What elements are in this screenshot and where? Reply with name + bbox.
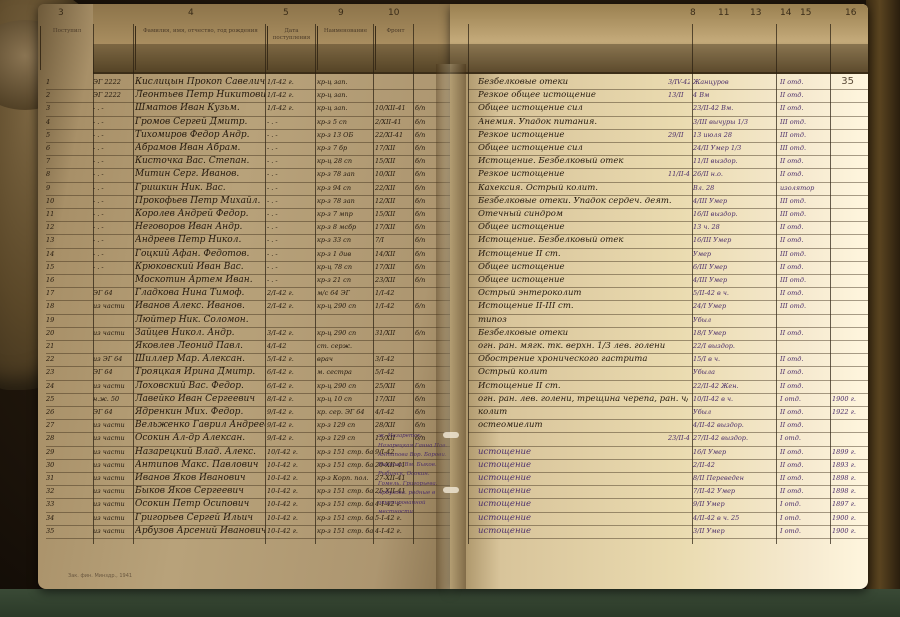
row-d2: 7/I [375, 234, 413, 247]
row-n: 25 [46, 393, 91, 406]
table-row: 26ЭГ 64Ядренкин Мих. Федор.9/I-42 г.кр. … [38, 406, 450, 419]
table-row: 3- . -Шматов Иван Кузьм.1/I-42 г.кр-ц за… [38, 102, 450, 115]
row-name: Зайцев Никол. Андр. [135, 327, 265, 340]
row-n: 12 [46, 221, 91, 234]
row-d2: 10/XII [375, 168, 413, 181]
row-date: 2/I-42 г. [267, 287, 315, 300]
row-rank: кр-з 78 зап [317, 195, 373, 208]
table-row: 23/II-4227/II-42 выздор.I отд. [450, 432, 868, 445]
row-dept: III отд. [780, 274, 830, 287]
table-row: Истощение II-III ст.24/I УмерIII отд. [450, 300, 868, 313]
row-rank: кр-з 1 див [317, 248, 373, 261]
row-d2: 23/XII [375, 274, 413, 287]
row-name: Кисточка Вас. Степан. [135, 155, 265, 168]
row-n: 8 [46, 168, 91, 181]
row-n: 13 [46, 234, 91, 247]
table-row: истощение3/II УмерI отд.1900 г. [450, 525, 868, 538]
table-row: Истощение II ст.УмерIII отд. [450, 248, 868, 261]
row-outcome: 22/I выздор. [693, 340, 778, 353]
row-outcome: 16/II выздор. [693, 208, 778, 221]
table-row: остеомиелит4/II-42 выздор.II отд. [450, 419, 868, 432]
row-date: - . - [267, 195, 315, 208]
table-row: 21Яковлев Леонид Павл.4/I-42ст. серж. [38, 340, 450, 353]
table-row: Безбелковые отеки3/IV-42ЖанцуровII отд. [450, 76, 868, 89]
row-dept: изолятор [780, 182, 830, 195]
row-outcome: Умер [693, 248, 778, 261]
row-from: из части [93, 459, 133, 472]
row-dept: III отд. [780, 142, 830, 155]
row-diag: Истощение. Безбелковый отек [478, 234, 688, 247]
row-from: - . - [93, 221, 133, 234]
row-outcome: 11/II выздор. [693, 155, 778, 168]
row-from: - . - [93, 182, 133, 195]
row-dept: I отд. [780, 525, 830, 538]
row-dept: II отд. [780, 459, 830, 472]
row-outcome: 23/II-42 Вм. [693, 102, 778, 115]
table-row: истощение16/I УмерII отд.1899 г. [450, 446, 868, 459]
row-from: из части [93, 432, 133, 445]
row-n: 35 [46, 525, 91, 538]
row-outcome: 16/III Умер [693, 234, 778, 247]
row-name: Осокин Петр Осипович [135, 498, 265, 511]
row-outcome: 13 июля 28 [693, 129, 778, 142]
row-dept: II отд. [780, 485, 830, 498]
row-d2: 17/XII [375, 142, 413, 155]
left-page: Зак. фин. Минздр., 1941 ПоступилФамилия,… [38, 4, 450, 589]
table-row: 1ЭГ 2222Кислицын Прокоп Савелич1/I-42 г.… [38, 76, 450, 89]
row-n: 29 [46, 446, 91, 459]
table-row: 8- . -Митин Серг. Иванов.- . -кр-з 78 за… [38, 168, 450, 181]
row-d2: 22/XI-41 [375, 129, 413, 142]
row-date: 9/I-42 г. [267, 432, 315, 445]
row-dept: II отд. [780, 234, 830, 247]
table-row: истощение4/II-42 в ч. 25I отд.1900 г. [450, 512, 868, 525]
table-row: 17ЭГ 64Гладкова Нина Тимоф.2/I-42 г.м/с … [38, 287, 450, 300]
row-year: 1899 г. [832, 446, 868, 459]
row-n: 16 [46, 274, 91, 287]
row-outcome: 9/II Умер [693, 498, 778, 511]
row-outcome: 18/I Умер [693, 327, 778, 340]
row-n: 22 [46, 353, 91, 366]
table-row: 6- . -Абрамов Иван Абрам.- . -кр-з 7 бр1… [38, 142, 450, 155]
row-n: 1 [46, 76, 91, 89]
row-dept: II отд. [780, 380, 830, 393]
column-number: 16 [845, 8, 856, 18]
row-from: - . - [93, 155, 133, 168]
row-diag: Истощение. Безбелковый отек [478, 155, 688, 168]
table-row: 20из частиЗайцев Никол. Андр.3/I-42 г.кр… [38, 327, 450, 340]
row-year: 1897 г. [832, 498, 868, 511]
table-row: истощение2/II-42II отд.1893 г. [450, 459, 868, 472]
row-outcome: 4/III Умер [693, 274, 778, 287]
table-row: 11- . -Королев Андрей Федор.- . -кр-з 7 … [38, 208, 450, 221]
row-n: 7 [46, 155, 91, 168]
row-dept: I отд. [780, 512, 830, 525]
row-dept: II отд. [780, 287, 830, 300]
row-dept: III отд. [780, 248, 830, 261]
row-n: 5 [46, 129, 91, 142]
row-n: 33 [46, 498, 91, 511]
row-name: Григорьев Сергей Ильич [135, 512, 265, 525]
row-dept: II отд. [780, 76, 830, 89]
row-date: 10-I-42 г. [267, 485, 315, 498]
row-dept: III отд. [780, 300, 830, 313]
table-row: 18из частиИванов Алекс. Иванов.2/I-42 г.… [38, 300, 450, 313]
row-dept: II отд. [780, 472, 830, 485]
row-diag: колит [478, 406, 688, 419]
table-row: Общее истощение6/III УмерII отд. [450, 261, 868, 274]
row-date: 10-I-42 г. [267, 472, 315, 485]
row-name: Назарецкий Влад. Алекс. [135, 446, 265, 459]
row-date: 1/I-42 г. [267, 102, 315, 115]
row-d2: 31/XII [375, 327, 413, 340]
row-n: 18 [46, 300, 91, 313]
row-date: 10-I-42 г. [267, 512, 315, 525]
row-date: - . - [267, 182, 315, 195]
row-n: 20 [46, 327, 91, 340]
column-number: 4 [188, 8, 194, 18]
row-from: ЭГ 2222 [93, 89, 133, 102]
row-from: - . - [93, 168, 133, 181]
column-number: 3 [58, 8, 64, 18]
open-register-book: Зак. фин. Минздр., 1941 ПоступилФамилия,… [38, 4, 868, 589]
row-n: 31 [46, 472, 91, 485]
row-name: Гоцкий Афан. Федотов. [135, 248, 265, 261]
row-d2: 14/XII [375, 248, 413, 261]
column-number: 11 [718, 8, 729, 18]
row-dept: II отд. [780, 406, 830, 419]
row-d2: 28/XII [375, 419, 413, 432]
row-n: 30 [46, 459, 91, 472]
row-date: 6/I-42 г. [267, 380, 315, 393]
row-date: 5/I-42 г. [267, 353, 315, 366]
row-date: - . - [267, 155, 315, 168]
row-date: 2/I-42 г. [267, 300, 315, 313]
row-outcome: 16/I Умер [693, 446, 778, 459]
row-dept: I отд. [780, 432, 830, 445]
row-dept: II отд. [780, 155, 830, 168]
row-diag: Острый энтероколит [478, 287, 688, 300]
row-date: 9/I-42 г. [267, 406, 315, 419]
row-year: 1900 г. [832, 393, 868, 406]
row-year: 1900 г. [832, 525, 868, 538]
table-row: 13- . -Андреев Петр Никол.- . -кр-з 33 с… [38, 234, 450, 247]
row-date: 4/I-42 [267, 340, 315, 353]
row-from: из части [93, 419, 133, 432]
table-row: истощение9/II УмерI отд.1897 г. [450, 498, 868, 511]
row-dept: II отд. [780, 89, 830, 102]
row-date: - . - [267, 261, 315, 274]
row-from: из ЭГ 64 [93, 353, 133, 366]
row-from: - . - [93, 208, 133, 221]
row-outcome: 4/III Умер [693, 195, 778, 208]
row-name: Андреев Петр Никол. [135, 234, 265, 247]
row-name: Прокофьев Петр Михайл. [135, 195, 265, 208]
row-name: Яковлев Леонид Павл. [135, 340, 265, 353]
row-rank: кр-ц 290 сп [317, 380, 373, 393]
row-date: 10/I-42 г. [267, 446, 315, 459]
table-row: 15- . -Крюковский Иван Вас.- . -кр-ц 78 … [38, 261, 450, 274]
row-diag: Отечный синдром [478, 208, 688, 221]
row-date: - . - [267, 221, 315, 234]
row-from: - . - [93, 116, 133, 129]
row-diag: истощение [478, 498, 688, 511]
row-outcome: 7/II-42 Умер [693, 485, 778, 498]
row-outcome: Вл. 28 [693, 182, 778, 195]
row-outcome: 4 Вм [693, 89, 778, 102]
table-surface [0, 589, 900, 617]
row-date: 10-I-42 г. [267, 498, 315, 511]
column-number: 8 [690, 8, 696, 18]
row-d2: 3/I-42 [375, 353, 413, 366]
row-diag: истощение [478, 446, 688, 459]
table-row: Общее истощение13 ч. 28II отд. [450, 221, 868, 234]
row-date: 9/I-42 г. [267, 419, 315, 432]
row-name: Люйтер Ник. Соломон. [135, 314, 265, 327]
row-name: Арбузов Арсений Иванович [135, 525, 265, 538]
table-row: 25н.ж. 50Лавейко Иван Сергеевич8/I-42 г.… [38, 393, 450, 406]
row-year: 1893 г. [832, 459, 868, 472]
row-rank: м/с 64 ЭГ [317, 287, 373, 300]
column-header: Наименование [317, 26, 373, 70]
table-row: Безбелковые отеки. Упадок сердеч. деят.4… [450, 195, 868, 208]
row-outcome: 15/I в ч. [693, 353, 778, 366]
row-dept: II отд. [780, 221, 830, 234]
row-name: Антипов Макс. Павлович [135, 459, 265, 472]
row-name: Лоховский Вас. Федор. [135, 380, 265, 393]
row-date: - . - [267, 168, 315, 181]
row-name: Быков Яков Сергеевич [135, 485, 265, 498]
row-rank: кр-з 5 сп [317, 116, 373, 129]
table-row: 19Люйтер Ник. Соломон. [38, 314, 450, 327]
row-diag: истощение [478, 485, 688, 498]
row-diag: Истощение II-III ст. [478, 300, 688, 313]
row-date: 8/I-42 г. [267, 393, 315, 406]
row-rank: кр-з 151 стр. бат. [317, 459, 373, 472]
row-n: 32 [46, 485, 91, 498]
row-date: 10-I-42 г. [267, 459, 315, 472]
table-row: Кахексия. Острый колит.Вл. 28изолятор [450, 182, 868, 195]
table-row: колитУбылII отд.1922 г. [450, 406, 868, 419]
row-name: Королев Андрей Федор. [135, 208, 265, 221]
row-from: из части [93, 485, 133, 498]
column-header: Фамилия, имя, отчество, год рождения [135, 26, 265, 70]
row-n: 6 [46, 142, 91, 155]
row-d2: 17/XII [375, 221, 413, 234]
row-outcome: Жанцуров [693, 76, 778, 89]
row-diag: Истощение II ст. [478, 248, 688, 261]
row-name: Шиллер Мар. Алексан. [135, 353, 265, 366]
row-n: 19 [46, 314, 91, 327]
row-from: - . - [93, 142, 133, 155]
row-outcome: 4/II-42 выздор. [693, 419, 778, 432]
row-rank: кр. сер. ЭГ 64 [317, 406, 373, 419]
row-n: 27 [46, 419, 91, 432]
table-row: Резкое истощение29/II13 июля 28III отд. [450, 129, 868, 142]
row-diag: Общее истощение [478, 221, 688, 234]
row-d2: 17/XII [375, 393, 413, 406]
table-row: 22из ЭГ 64Шиллер Мар. Алексан.5/I-42 г.в… [38, 353, 450, 366]
table-row: 14- . -Гоцкий Афан. Федотов.- . -кр-з 1 … [38, 248, 450, 261]
row-rank: ст. серж. [317, 340, 373, 353]
row-name: Тихомиров Федор Андр. [135, 129, 265, 142]
row-n: 3 [46, 102, 91, 115]
row-n: 15 [46, 261, 91, 274]
row-name: Крюковский Иван Вас. [135, 261, 265, 274]
row-d2: 12/XII [375, 195, 413, 208]
row-outcome: 27/II-42 выздор. [693, 432, 778, 445]
row-name: Гришкин Ник. Вас. [135, 182, 265, 195]
table-row: Общее истощение сил24/II Умер 1/3III отд… [450, 142, 868, 155]
row-name: Трояцкая Ирина Дмитр. [135, 366, 265, 379]
row-rank: кр-з 151 стр. бат. [317, 512, 373, 525]
row-from: из части [93, 300, 133, 313]
row-rank: кр-з 8 мсбр [317, 221, 373, 234]
footer-print: Зак. фин. Минздр., 1941 [68, 573, 132, 579]
row-diag: остеомиелит [478, 419, 688, 432]
row-diag: истощение [478, 459, 688, 472]
row-diag: истощение [478, 525, 688, 538]
row-n: 24 [46, 380, 91, 393]
row-outcome: Убыла [693, 366, 778, 379]
row-dept: II отд. [780, 366, 830, 379]
row-dept: I отд. [780, 393, 830, 406]
row-from: - . - [93, 234, 133, 247]
row-outcome: 10/II-42 в ч. [693, 393, 778, 406]
row-dept: III отд. [780, 195, 830, 208]
row-from: - . - [93, 261, 133, 274]
row-name: Иванов Яков Иванович [135, 472, 265, 485]
row-dept: II отд. [780, 102, 830, 115]
row-diag: Истощение II ст. [478, 380, 688, 393]
row-year: 1922 г. [832, 406, 868, 419]
row-rank: кр-ц 290 сп [317, 300, 373, 313]
row-date: - . - [267, 234, 315, 247]
row-outcome: 24/II Умер 1/3 [693, 142, 778, 155]
row-date: 29/II [668, 129, 690, 142]
table-row: 27из частиВельженко Гаврил Андреев.9/I-4… [38, 419, 450, 432]
table-row: Общее истощение4/III УмерIII отд. [450, 274, 868, 287]
row-n: 14 [46, 248, 91, 261]
row-year: 1898 г. [832, 485, 868, 498]
row-name: Громов Сергей Дмитр. [135, 116, 265, 129]
row-outcome: 6/III Умер [693, 261, 778, 274]
row-outcome: 3/II Умер [693, 525, 778, 538]
row-name: Кислицын Прокоп Савелич [135, 76, 265, 89]
table-row: 10- . -Прокофьев Петр Михайл.- . -кр-з 7… [38, 195, 450, 208]
row-date: - . - [267, 248, 315, 261]
column-number: 9 [338, 8, 344, 18]
row-from: из части [93, 327, 133, 340]
book-gutter [436, 64, 466, 589]
table-row: истощение8/II ПереведенII отд.1898 г. [450, 472, 868, 485]
row-from: - . - [93, 195, 133, 208]
row-rank: кр-ц зап. [317, 76, 373, 89]
row-from: из части [93, 512, 133, 525]
row-outcome: 26/II н.о. [693, 168, 778, 181]
row-diag: Резкое истощение [478, 168, 688, 181]
row-rank: м. сестра [317, 366, 373, 379]
row-dept: III отд. [780, 208, 830, 221]
row-date: 23/II-42 [668, 432, 690, 445]
row-outcome: 5/II-42 в ч. [693, 287, 778, 300]
table-row: Обострение хронического гастрита15/I в ч… [450, 353, 868, 366]
row-rank: кр-з 21 сп [317, 274, 373, 287]
row-diag: Обострение хронического гастрита [478, 353, 688, 366]
row-d2: 1/I-42 [375, 300, 413, 313]
table-row: огн. ран. лев. голени, трещина черепа, р… [450, 393, 868, 406]
row-date: 1/I-42 г. [267, 89, 315, 102]
row-d2: 17/XII [375, 261, 413, 274]
row-rank: кр-з 78 зап [317, 168, 373, 181]
row-rank: кр-з 151 стр. бат. [317, 498, 373, 511]
row-date: - . - [267, 142, 315, 155]
row-n: 9 [46, 182, 91, 195]
row-from: ЭГ 64 [93, 406, 133, 419]
row-from: из части [93, 498, 133, 511]
table-row: Общее истощение сил23/II-42 Вм.II отд. [450, 102, 868, 115]
table-row: 5- . -Тихомиров Федор Андр.- . -кр-з 13 … [38, 129, 450, 142]
row-diag: Анемия. Упадок питания. [478, 116, 688, 129]
row-name: Митин Серг. Иванов. [135, 168, 265, 181]
row-rank: кр-з 151 стр. бат. [317, 525, 373, 538]
row-rank: кр-з 33 сп [317, 234, 373, 247]
row-d2: 22/XII [375, 182, 413, 195]
row-from: из части [93, 446, 133, 459]
row-date: - . - [267, 208, 315, 221]
row-rank: кр-ц 10 сп [317, 393, 373, 406]
row-rank: кр-ц зап. [317, 89, 373, 102]
row-date: 3/IV-42 [668, 76, 690, 89]
row-rank: кр-з 7 мпр [317, 208, 373, 221]
row-outcome: Убыл [693, 314, 778, 327]
row-diag: Общее истощение сил [478, 102, 688, 115]
row-d2: 25/XII [375, 380, 413, 393]
column-number: 15 [800, 8, 811, 18]
column-number: 5 [283, 8, 289, 18]
column-header: Дата поступления [267, 26, 315, 70]
table-row: 12- . -Неговоров Иван Андр.- . -кр-з 8 м… [38, 221, 450, 234]
binding-stitch [443, 432, 459, 438]
row-n: 4 [46, 116, 91, 129]
row-diag: Безбелковые отеки [478, 76, 688, 89]
row-date: 3/I-42 г. [267, 327, 315, 340]
table-row: огн. ран. мягк. тк. верхн. 1/3 лев. голе… [450, 340, 868, 353]
row-dept: II отд. [780, 353, 830, 366]
column-number: 14 [780, 8, 791, 18]
row-outcome: 13 ч. 28 [693, 221, 778, 234]
table-row: Острый энтероколит5/II-42 в ч.II отд. [450, 287, 868, 300]
table-row: Истощение. Безбелковый отек11/II выздор.… [450, 155, 868, 168]
row-from: - . - [93, 129, 133, 142]
row-d2: 15/XII [375, 155, 413, 168]
row-year: 1900 г. [832, 512, 868, 525]
row-date: 13/II [668, 89, 690, 102]
row-n: 28 [46, 432, 91, 445]
row-n: 2 [46, 89, 91, 102]
row-outcome: Убыл [693, 406, 778, 419]
row-rank: кр-ц зап. [317, 102, 373, 115]
table-row: Анемия. Упадок питания.3/III вычуры 1/3I… [450, 116, 868, 129]
column-header: Поступил [40, 26, 93, 70]
row-d2: 4/I-42 [375, 406, 413, 419]
table-row: 9- . -Гришкин Ник. Вас.- . -кр-з 94 сп22… [38, 182, 450, 195]
row-from: из части [93, 472, 133, 485]
row-rank: кр-з 13 ОБ [317, 129, 373, 142]
row-from: ЭГ 64 [93, 287, 133, 300]
row-from: - . - [93, 102, 133, 115]
book-cover-edge [866, 0, 900, 617]
